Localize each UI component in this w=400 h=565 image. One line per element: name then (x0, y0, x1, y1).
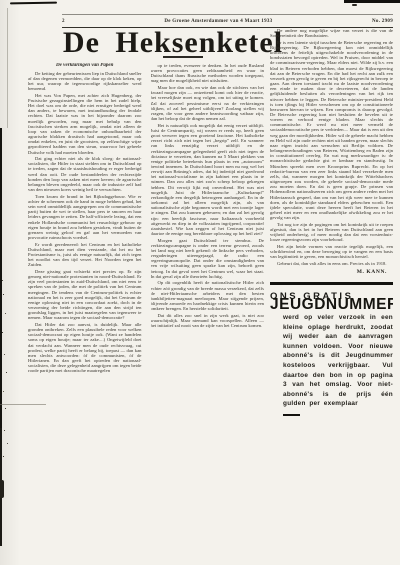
article-headline: De Heksenketel (60, 26, 286, 60)
promo-body-text: werd op veler verzoek in een kleine opla… (270, 313, 393, 409)
column-2: op te treden, evenzeer te denken. In het… (151, 63, 265, 465)
intro-heading: De verklaringen van Papen (28, 63, 142, 68)
promo-end-rule (283, 414, 300, 417)
paragraph: De ketting der gebeurtenissen liep in Du… (28, 71, 142, 92)
paragraph: Het is natuurlijk ook mogelijk dat eenig… (151, 123, 265, 236)
column-3: De andere nog mogelijke wijze van verzet… (270, 28, 393, 548)
paragraph: De andere nog mogelijke wijze van verzet… (270, 28, 393, 38)
newspaper-page: 2 De Groene Amsterdammer van 4 Maart 193… (0, 0, 400, 565)
promo-top-rule (270, 282, 393, 285)
paragraph: Toen kwam de brand in het Rijksdaggebouw… (28, 194, 142, 240)
scan-border-left (0, 128, 2, 428)
scan-edge-line-left (7, 8, 8, 128)
paragraph: Dat ging echter niet als de klok sloeg: … (28, 156, 142, 192)
column-1: De verklaringen van Papen De ketting der… (28, 63, 142, 465)
scan-edge-bar-top-right (344, 0, 400, 3)
scan-speckles (2, 280, 3, 281)
paragraph: Op dit oogenblik heeft de nationalistisc… (151, 280, 265, 311)
scan-ink-blob-left (0, 480, 4, 498)
paragraph: Het was Von Papen, met achter zich Hugen… (28, 93, 142, 155)
paragraph: Er is een latente strijd tusschen de Bei… (270, 40, 393, 220)
author-signature: M. KANN. (270, 270, 387, 275)
paragraph: Morgen gaat Duitschland ter stembus. De … (151, 238, 265, 279)
paragraph: Er wordt geredeneerd: het Centrum en het… (28, 242, 142, 268)
scan-tear-mark-top-left (10, 2, 57, 5)
paragraph: op te treden, evenzeer te denken. In het… (151, 63, 265, 84)
paragraph: Deze gissing gaat volstrekt niet precies… (28, 269, 142, 321)
issue-number: No. 2909 (372, 19, 393, 24)
column-1-paragraphs: De ketting der gebeurtenissen liep in Du… (28, 71, 142, 374)
paragraph: Maar hoe dan ook, en wie dan ook de stic… (151, 85, 265, 121)
promo-box-jeugdnummer: ONS GRATIS JEUGDNUMMER werd op veler ver… (270, 282, 393, 416)
promo-title-line2: JEUGDNUMMER (270, 302, 393, 307)
masthead-title: De Groene Amsterdammer van 4 Maart 1933 (65, 19, 372, 24)
column-3-paragraphs: De andere nog mogelijke wijze van verzet… (270, 28, 393, 266)
paragraph: Dat dit alles zoo snel in zijn werk gaat… (151, 313, 265, 328)
paragraph: Het zijn beide vormen van reactie tegeli… (270, 244, 393, 259)
headline-rule (163, 56, 203, 58)
article-body: De verklaringen van Papen De ketting der… (28, 63, 264, 465)
paragraph: Gebeurt dat, dan valt alles in eens om. … (270, 261, 393, 266)
paragraph: Dat Hitler dat zoo aanvat, is duidelijk.… (28, 322, 142, 374)
paragraph: Tot nog toe zijn de pogingen om het koni… (270, 222, 393, 243)
column-2-paragraphs: op te treden, evenzeer te denken. In het… (151, 63, 265, 328)
scan-ink-blob (352, 4, 357, 6)
